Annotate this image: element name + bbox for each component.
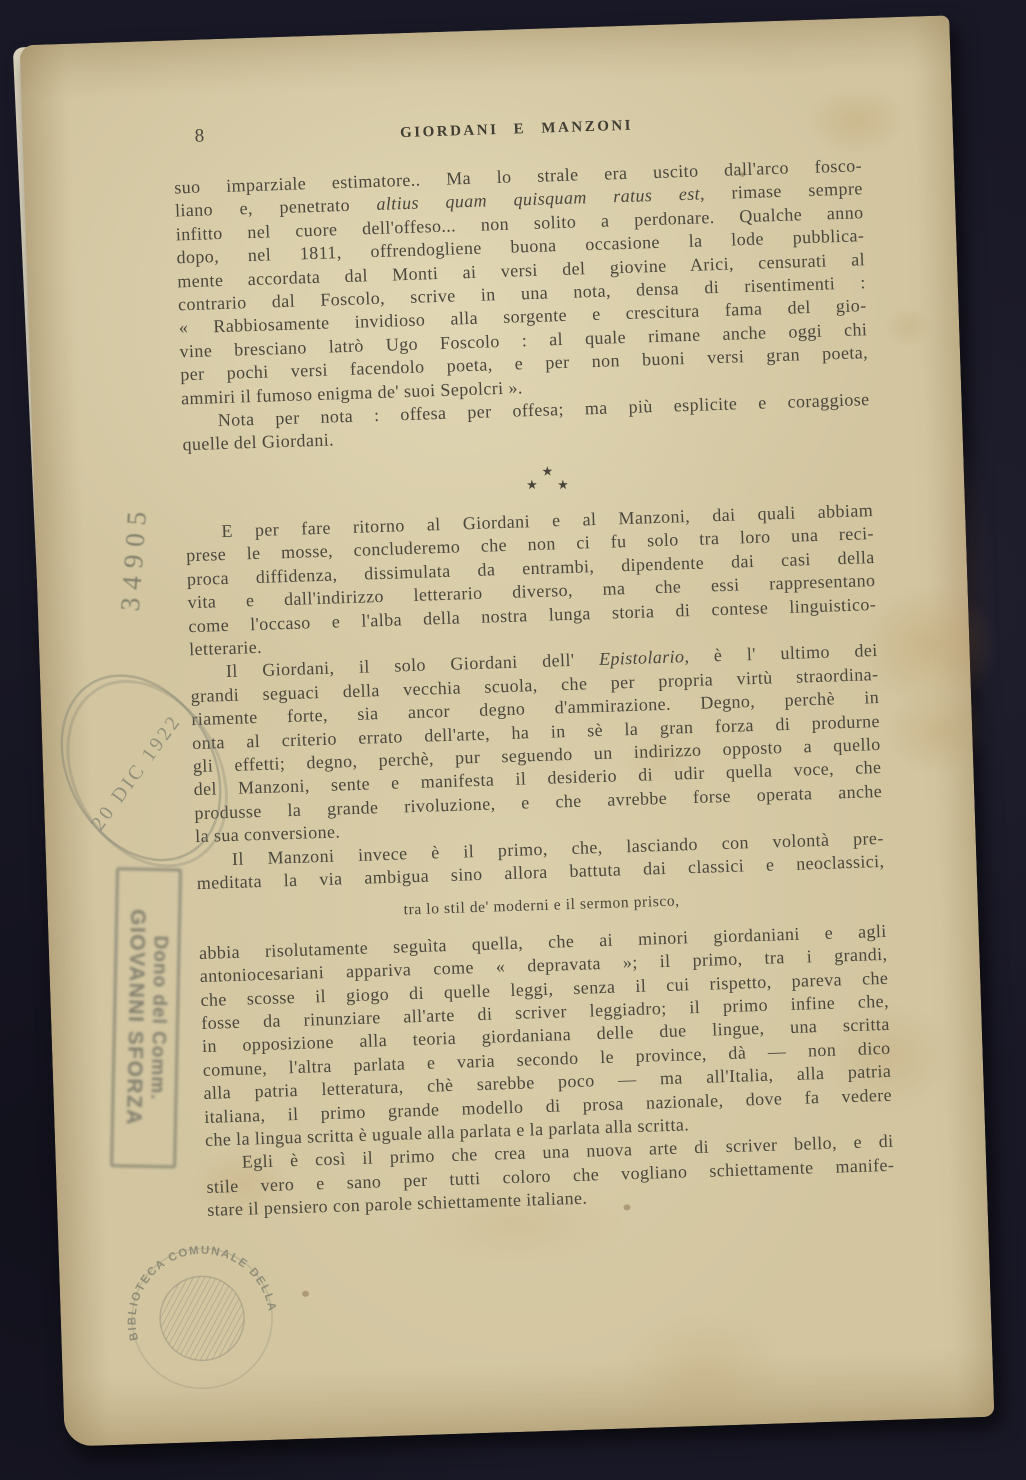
page-number: 8 — [194, 125, 204, 147]
library-stamp-emblem — [154, 1270, 251, 1367]
star-icon: ★ — [526, 473, 539, 497]
paragraph: abbia risolutamente seguìta quella, che … — [199, 920, 893, 1153]
page-header: 8 GIORDANI E MANZONI — [172, 104, 861, 154]
library-stamp: BIBLIOTECA COMUNALE DELLA SPEZIA — [101, 1218, 307, 1414]
star-icon: ★ — [557, 473, 570, 497]
stain — [580, 1280, 825, 1458]
ink-speck — [302, 1291, 309, 1297]
text-block: suo imparziale estimatore.. Ma lo strale… — [174, 154, 895, 1222]
paragraph: suo imparziale estimatore.. Ma lo strale… — [174, 154, 869, 410]
running-title: GIORDANI E MANZONI — [172, 104, 860, 149]
paragraph: Il Giordani, il solo Giordani dell' Epis… — [190, 639, 884, 848]
paragraph: E per fare ritorno al Giordani e al Manz… — [185, 499, 877, 662]
book-page: 34905 20 DIC 1922 Dono del Comm. GIOVANN… — [20, 15, 995, 1446]
date-stamp-text: 20 DIC 1922 — [87, 710, 186, 834]
star-icon: ★ — [541, 459, 554, 483]
donor-stamp: Dono del Comm. GIOVANNI SFORZA — [110, 867, 182, 1168]
asterism-separator-icon: ★★★ — [184, 451, 873, 509]
date-stamp: 20 DIC 1922 — [40, 657, 247, 883]
